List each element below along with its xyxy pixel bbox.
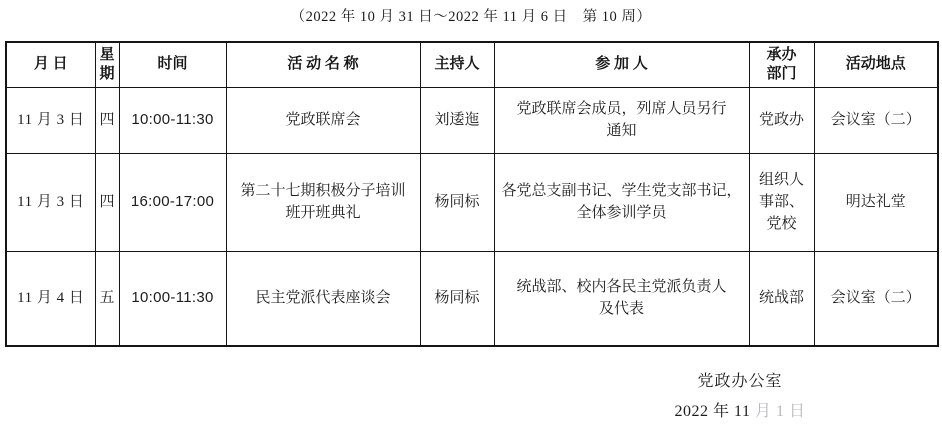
col-header-host: 主持人 (420, 42, 494, 87)
cell-department: 统战部 (749, 251, 814, 346)
cell-host: 杨同标 (420, 251, 494, 346)
col-header-department-label: 承办部门 (764, 46, 799, 84)
cell-time: 16:00-17:00 (119, 153, 226, 251)
cell-host: 刘逶迤 (420, 87, 494, 153)
signature-date-main: 2022 年 11 (675, 403, 751, 420)
cell-date: 11 月 4 日 (6, 251, 95, 346)
signature-date-faded: 月 1 日 (750, 403, 805, 420)
cell-time: 10:00-11:30 (119, 87, 226, 153)
cell-time: 10:00-11:30 (119, 251, 226, 346)
col-header-participants: 参 加 人 (494, 42, 749, 87)
cell-participants: 党政联席会成员，列席人员另行 通知 (494, 87, 749, 153)
table-row: 11 月 3 日 四 16:00-17:00 第二十七期积极分子培训 班开班典礼… (6, 153, 938, 251)
col-header-activity: 活 动 名 称 (226, 42, 420, 87)
schedule-table: 月 日 星期 时间 活 动 名 称 主持人 参 加 人 承办部门 活动地点 11… (5, 41, 939, 347)
col-header-department: 承办部门 (749, 42, 814, 87)
document-title: （2022 年 10 月 31 日～2022 年 11 月 6 日 第 10 周… (0, 5, 942, 26)
col-header-location: 活动地点 (814, 42, 938, 87)
cell-department: 党政办 (749, 87, 814, 153)
cell-activity: 党政联席会 (226, 87, 420, 153)
signature-date: 2022 年 11 月 1 日 (560, 398, 920, 421)
signature-office: 党政办公室 (560, 368, 920, 391)
cell-participants: 各党总支副书记、学生党支部书记， 全体参训学员 (494, 153, 749, 251)
cell-host: 杨同标 (420, 153, 494, 251)
cell-weekday: 四 (95, 153, 119, 251)
cell-location: 会议室（二） (814, 251, 938, 346)
cell-weekday: 四 (95, 87, 119, 153)
cell-location: 会议室（二） (814, 87, 938, 153)
table-row: 11 月 4 日 五 10:00-11:30 民主党派代表座谈会 杨同标 统战部… (6, 251, 938, 346)
cell-date: 11 月 3 日 (6, 153, 95, 251)
signature-block: 党政办公室 2022 年 11 月 1 日 (560, 368, 920, 421)
cell-location: 明达礼堂 (814, 153, 938, 251)
col-header-date: 月 日 (6, 42, 95, 87)
table-row: 11 月 3 日 四 10:00-11:30 党政联席会 刘逶迤 党政联席会成员… (6, 87, 938, 153)
cell-activity: 第二十七期积极分子培训 班开班典礼 (226, 153, 420, 251)
table-header-row: 月 日 星期 时间 活 动 名 称 主持人 参 加 人 承办部门 活动地点 (6, 42, 938, 87)
cell-weekday: 五 (95, 251, 119, 346)
cell-activity: 民主党派代表座谈会 (226, 251, 420, 346)
col-header-time: 时间 (119, 42, 226, 87)
col-header-weekday: 星期 (95, 42, 119, 87)
cell-date: 11 月 3 日 (6, 87, 95, 153)
cell-department: 组织人 事部、 党校 (749, 153, 814, 251)
cell-participants: 统战部、校内各民主党派负责人 及代表 (494, 251, 749, 346)
